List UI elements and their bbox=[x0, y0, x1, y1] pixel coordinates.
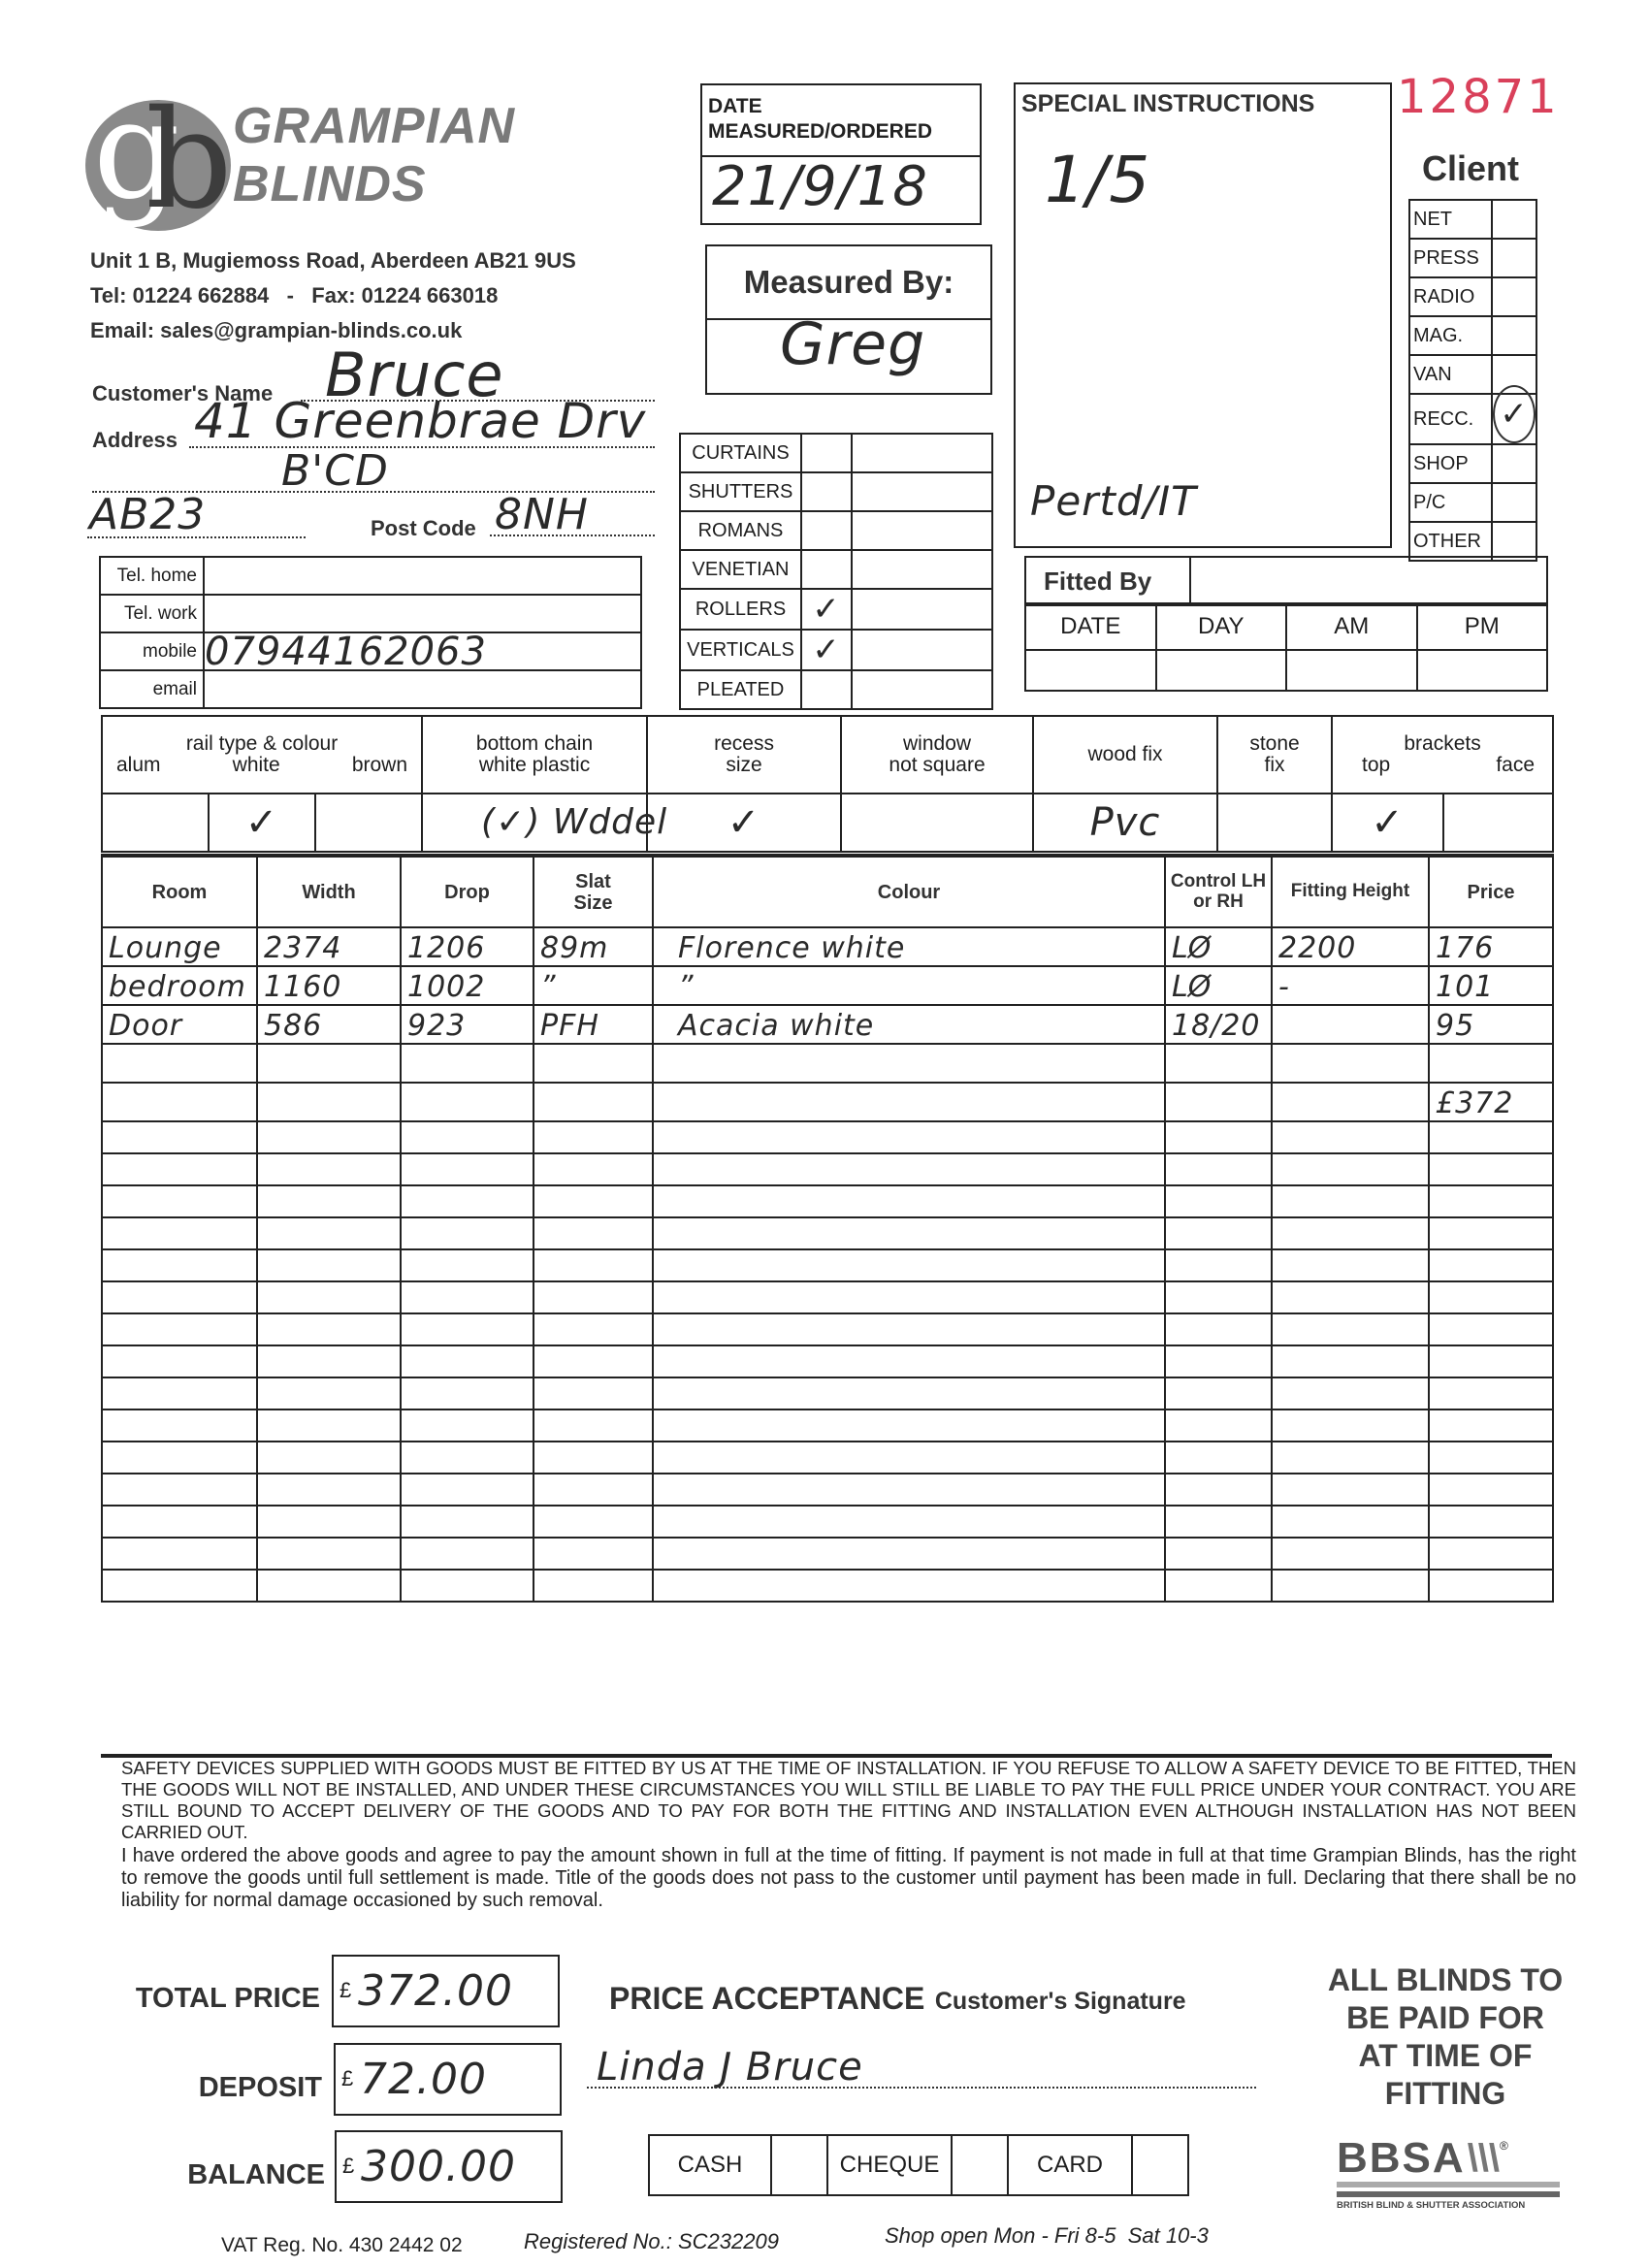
control-cell[interactable] bbox=[1165, 1506, 1272, 1538]
postcode-field[interactable]: 8NH bbox=[495, 490, 589, 539]
control-cell[interactable] bbox=[1165, 1442, 1272, 1474]
payment-cash-checkbox[interactable] bbox=[771, 2135, 827, 2195]
product-label: VENETIAN bbox=[680, 550, 801, 589]
product-checkbox-rollers[interactable]: ✓ bbox=[801, 589, 852, 630]
table-row: bedroom11601002””LØ-101 bbox=[102, 966, 1553, 1005]
fitting-height-cell[interactable] bbox=[1272, 1217, 1429, 1249]
price-cell[interactable]: £372 bbox=[1429, 1083, 1553, 1121]
width-cell[interactable] bbox=[257, 1044, 401, 1083]
fitting-height-cell[interactable] bbox=[1272, 1570, 1429, 1602]
control-cell[interactable] bbox=[1165, 1153, 1272, 1185]
colour-cell[interactable]: Acacia white bbox=[653, 1005, 1165, 1044]
width-cell[interactable] bbox=[257, 1345, 401, 1377]
deposit-field[interactable]: 72.00 bbox=[360, 2055, 487, 2104]
client-row: NET bbox=[1409, 200, 1536, 239]
client-checkbox-recc[interactable]: ✓ bbox=[1492, 394, 1536, 444]
room-cell[interactable] bbox=[102, 1570, 257, 1602]
window-header-line1: window bbox=[842, 733, 1032, 755]
room-cell[interactable] bbox=[102, 1409, 257, 1442]
slat-size-cell[interactable] bbox=[533, 1153, 653, 1185]
table-row bbox=[102, 1044, 1553, 1083]
slat-size-cell[interactable] bbox=[533, 1217, 653, 1249]
room-cell[interactable] bbox=[102, 1377, 257, 1409]
price-cell[interactable] bbox=[1429, 1313, 1553, 1345]
price-cell[interactable] bbox=[1429, 1121, 1553, 1153]
price-cell[interactable]: 95 bbox=[1429, 1005, 1553, 1044]
client-checkbox-other[interactable] bbox=[1492, 522, 1536, 561]
width-cell[interactable] bbox=[257, 1249, 401, 1281]
drop-cell[interactable]: 923 bbox=[401, 1005, 533, 1044]
colour-cell[interactable] bbox=[653, 1281, 1165, 1313]
fitting-height-cell[interactable] bbox=[1272, 1313, 1429, 1345]
col-fitting-height: Fitting Height bbox=[1272, 856, 1429, 927]
product-notes[interactable] bbox=[852, 670, 992, 709]
contact-table: Tel. home Tel. work mobile 07944162063 e… bbox=[99, 556, 642, 709]
colour-cell[interactable] bbox=[653, 1538, 1165, 1570]
price-cell[interactable] bbox=[1429, 1153, 1553, 1185]
room-cell[interactable]: bedroom bbox=[102, 966, 257, 1005]
product-checkbox-venetian[interactable] bbox=[801, 550, 852, 589]
fitted-col-am: AM bbox=[1286, 603, 1417, 650]
table-row bbox=[102, 1281, 1553, 1313]
address-field-1[interactable]: 41 Greenbrae Drv bbox=[194, 393, 646, 449]
mobile-field[interactable]: 07944162063 bbox=[204, 632, 641, 670]
product-notes[interactable] bbox=[852, 550, 992, 589]
address-field-2[interactable]: B'CD bbox=[281, 446, 389, 496]
drop-cell[interactable] bbox=[401, 1313, 533, 1345]
width-cell[interactable] bbox=[257, 1409, 401, 1442]
special-instructions-box: SPECIAL INSTRUCTIONS 1/5 Pertd/IT bbox=[1014, 82, 1392, 548]
col-control: Control LH or RH bbox=[1165, 856, 1272, 927]
slat-size-cell[interactable] bbox=[533, 1474, 653, 1506]
colour-cell[interactable] bbox=[653, 1506, 1165, 1538]
slat-size-cell[interactable] bbox=[533, 1570, 653, 1602]
date-label-line2: MEASURED/ORDERED bbox=[708, 120, 932, 144]
notice-line1: ALL BLINDS TO bbox=[1300, 1961, 1591, 1999]
client-source-table: NET PRESS RADIO MAG. VAN RECC.✓ SHOP P/C… bbox=[1408, 199, 1537, 562]
product-checkbox-curtains[interactable] bbox=[801, 434, 852, 472]
slat-size-cell[interactable] bbox=[533, 1442, 653, 1474]
logo-letter-b: b bbox=[145, 93, 233, 229]
room-cell[interactable] bbox=[102, 1083, 257, 1121]
fitted-date-field[interactable] bbox=[1025, 650, 1156, 691]
price-cell[interactable]: 176 bbox=[1429, 927, 1553, 966]
price-cell[interactable] bbox=[1429, 1217, 1553, 1249]
rail-alum-field[interactable] bbox=[102, 794, 209, 852]
slat-size-cell[interactable]: 89m bbox=[533, 927, 653, 966]
room-cell[interactable] bbox=[102, 1313, 257, 1345]
fitted-by-table: Fitted By bbox=[1024, 556, 1548, 606]
date-box: DATE MEASURED/ORDERED 21/9/18 bbox=[700, 83, 982, 225]
tel-work-field[interactable] bbox=[204, 595, 641, 632]
balance-label: BALANCE bbox=[107, 2159, 325, 2191]
control-cell[interactable] bbox=[1165, 1185, 1272, 1217]
fitting-height-cell[interactable] bbox=[1272, 1185, 1429, 1217]
col-slat-size: Slat Size bbox=[533, 856, 653, 927]
table-row: Door586923PFHAcacia white18/2095 bbox=[102, 1005, 1553, 1044]
fitting-height-cell[interactable] bbox=[1272, 1442, 1429, 1474]
client-row: RECC.✓ bbox=[1409, 394, 1536, 444]
control-cell[interactable] bbox=[1165, 1377, 1272, 1409]
contact-label: Tel. home bbox=[100, 557, 204, 595]
colour-cell[interactable] bbox=[653, 1377, 1165, 1409]
bbsa-bar-1 bbox=[1337, 2182, 1560, 2187]
price-cell[interactable] bbox=[1429, 1538, 1553, 1570]
order-header-row: Room Width Drop Slat Size Colour Control… bbox=[102, 856, 1553, 927]
drop-cell[interactable]: 1206 bbox=[401, 927, 533, 966]
slat-size-cell[interactable] bbox=[533, 1538, 653, 1570]
room-cell[interactable] bbox=[102, 1474, 257, 1506]
room-cell[interactable] bbox=[102, 1121, 257, 1153]
drop-cell[interactable] bbox=[401, 1409, 533, 1442]
room-cell[interactable] bbox=[102, 1442, 257, 1474]
product-type-table: CURTAINS SHUTTERS ROMANS VENETIAN ROLLER… bbox=[679, 433, 993, 710]
control-cell[interactable] bbox=[1165, 1313, 1272, 1345]
wood-fix-field[interactable]: Pvc bbox=[1033, 794, 1217, 852]
slat-size-cell[interactable] bbox=[533, 1121, 653, 1153]
drop-cell[interactable] bbox=[401, 1442, 533, 1474]
control-cell[interactable] bbox=[1165, 1217, 1272, 1249]
fitting-height-cell[interactable] bbox=[1272, 1005, 1429, 1044]
fitted-by-field[interactable] bbox=[1190, 557, 1547, 605]
total-price-box: £ 372.00 bbox=[332, 1955, 560, 2027]
room-cell[interactable] bbox=[102, 1506, 257, 1538]
product-label: ROLLERS bbox=[680, 589, 801, 630]
payment-cheque-checkbox[interactable] bbox=[952, 2135, 1008, 2195]
special-instructions-note-bottom[interactable]: Pertd/IT bbox=[1030, 477, 1197, 525]
drop-cell[interactable] bbox=[401, 1153, 533, 1185]
payment-cash-label: CASH bbox=[649, 2135, 771, 2195]
brackets-header: brackets bbox=[1333, 733, 1552, 755]
width-cell[interactable] bbox=[257, 1217, 401, 1249]
col-colour: Colour bbox=[653, 856, 1165, 927]
price-cell[interactable] bbox=[1429, 1185, 1553, 1217]
control-cell[interactable] bbox=[1165, 1083, 1272, 1121]
fitted-day-field[interactable] bbox=[1156, 650, 1287, 691]
control-cell[interactable] bbox=[1165, 1044, 1272, 1083]
slat-size-cell[interactable] bbox=[533, 1377, 653, 1409]
price-cell[interactable] bbox=[1429, 1044, 1553, 1083]
fitting-height-cell[interactable] bbox=[1272, 1121, 1429, 1153]
room-cell[interactable] bbox=[102, 1538, 257, 1570]
slat-size-cell[interactable] bbox=[533, 1409, 653, 1442]
client-label: NET bbox=[1409, 200, 1492, 239]
contact-label: Tel. work bbox=[100, 595, 204, 632]
table-row bbox=[102, 1185, 1553, 1217]
drop-cell[interactable] bbox=[401, 1217, 533, 1249]
contact-row-mobile: mobile 07944162063 bbox=[100, 632, 641, 670]
table-row bbox=[102, 1538, 1553, 1570]
table-row: Lounge2374120689mFlorence whiteLØ2200176 bbox=[102, 927, 1553, 966]
colour-cell[interactable]: Florence white bbox=[653, 927, 1165, 966]
width-cell[interactable]: 586 bbox=[257, 1005, 401, 1044]
company-address: Unit 1 B, Mugiemoss Road, Aberdeen AB21 … bbox=[90, 248, 576, 274]
postcode-label: Post Code bbox=[371, 516, 476, 541]
drop-cell[interactable] bbox=[401, 1570, 533, 1602]
price-cell[interactable] bbox=[1429, 1345, 1553, 1377]
width-cell[interactable] bbox=[257, 1313, 401, 1345]
control-cell[interactable]: LØ bbox=[1165, 966, 1272, 1005]
slat-size-cell[interactable] bbox=[533, 1281, 653, 1313]
slat-size-cell[interactable] bbox=[533, 1249, 653, 1281]
product-label: PLEATED bbox=[680, 670, 801, 709]
product-row: CURTAINS bbox=[680, 434, 992, 472]
total-price-field[interactable]: 372.00 bbox=[358, 1966, 513, 2016]
product-row: ROMANS bbox=[680, 511, 992, 550]
client-row: OTHER bbox=[1409, 522, 1536, 561]
table-row bbox=[102, 1313, 1553, 1345]
colour-cell[interactable] bbox=[653, 1044, 1165, 1083]
chain-field[interactable]: (✓) Wddel bbox=[422, 794, 647, 852]
payment-notice: ALL BLINDS TO BE PAID FOR AT TIME OF FIT… bbox=[1300, 1961, 1591, 2113]
room-cell[interactable] bbox=[102, 1217, 257, 1249]
price-cell[interactable]: 101 bbox=[1429, 966, 1553, 1005]
colour-cell[interactable] bbox=[653, 1345, 1165, 1377]
drop-cell[interactable] bbox=[401, 1281, 533, 1313]
room-cell[interactable] bbox=[102, 1345, 257, 1377]
width-cell[interactable] bbox=[257, 1506, 401, 1538]
balance-field[interactable]: 300.00 bbox=[361, 2142, 516, 2191]
colour-cell[interactable] bbox=[653, 1121, 1165, 1153]
client-checkbox-mag[interactable] bbox=[1492, 316, 1536, 355]
width-cell[interactable]: 1160 bbox=[257, 966, 401, 1005]
client-checkbox-net[interactable] bbox=[1492, 200, 1536, 239]
fitting-height-cell[interactable] bbox=[1272, 1249, 1429, 1281]
contact-label: email bbox=[100, 670, 204, 708]
fitting-height-cell[interactable] bbox=[1272, 1409, 1429, 1442]
control-cell[interactable] bbox=[1165, 1121, 1272, 1153]
special-instructions-note-top[interactable]: 1/5 bbox=[1045, 143, 1150, 217]
room-cell[interactable] bbox=[102, 1044, 257, 1083]
colour-cell[interactable] bbox=[653, 1217, 1165, 1249]
product-notes[interactable] bbox=[852, 511, 992, 550]
brackets-face-field[interactable] bbox=[1443, 794, 1553, 852]
safety-terms: SAFETY DEVICES SUPPLIED WITH GOODS MUST … bbox=[121, 1758, 1576, 1843]
window-not-square-field[interactable] bbox=[841, 794, 1033, 852]
fitted-col-pm: PM bbox=[1417, 603, 1548, 650]
fitting-height-cell[interactable] bbox=[1272, 1377, 1429, 1409]
width-cell[interactable] bbox=[257, 1570, 401, 1602]
width-cell[interactable] bbox=[257, 1281, 401, 1313]
price-cell[interactable] bbox=[1429, 1249, 1553, 1281]
rail-brown-field[interactable] bbox=[315, 794, 422, 852]
slat-size-cell[interactable] bbox=[533, 1313, 653, 1345]
fitting-height-cell[interactable] bbox=[1272, 1083, 1429, 1121]
price-cell[interactable] bbox=[1429, 1570, 1553, 1602]
fitted-am-field[interactable] bbox=[1286, 650, 1417, 691]
product-notes[interactable] bbox=[852, 472, 992, 511]
width-cell[interactable]: 2374 bbox=[257, 927, 401, 966]
drop-cell[interactable] bbox=[401, 1044, 533, 1083]
measured-by-field[interactable]: Greg bbox=[780, 310, 925, 378]
client-row: SHOP bbox=[1409, 444, 1536, 483]
width-cell[interactable] bbox=[257, 1442, 401, 1474]
colour-cell[interactable] bbox=[653, 1249, 1165, 1281]
client-checkbox-press[interactable] bbox=[1492, 239, 1536, 277]
client-checkbox-shop[interactable] bbox=[1492, 444, 1536, 483]
chain-header-line2: white plastic bbox=[423, 755, 646, 776]
client-label: P/C bbox=[1409, 483, 1492, 522]
slat-size-cell[interactable]: ” bbox=[533, 966, 653, 1005]
measured-by-box: Measured By: Greg bbox=[705, 244, 992, 395]
colour-cell[interactable] bbox=[653, 1409, 1165, 1442]
slat-size-cell[interactable] bbox=[533, 1185, 653, 1217]
colour-cell[interactable] bbox=[653, 1185, 1165, 1217]
fitted-schedule-table: DATE DAY AM PM bbox=[1024, 602, 1548, 692]
width-cell[interactable] bbox=[257, 1377, 401, 1409]
client-checkbox-pc[interactable] bbox=[1492, 483, 1536, 522]
col-price: Price bbox=[1429, 856, 1553, 927]
control-cell[interactable] bbox=[1165, 1249, 1272, 1281]
product-row: PLEATED bbox=[680, 670, 992, 709]
colour-cell[interactable] bbox=[653, 1474, 1165, 1506]
control-cell[interactable] bbox=[1165, 1409, 1272, 1442]
drop-cell[interactable]: 1002 bbox=[401, 966, 533, 1005]
product-checkbox-shutters[interactable] bbox=[801, 472, 852, 511]
fitting-height-cell[interactable] bbox=[1272, 1506, 1429, 1538]
client-row: P/C bbox=[1409, 483, 1536, 522]
contact-row-home: Tel. home bbox=[100, 557, 641, 595]
drop-cell[interactable] bbox=[401, 1377, 533, 1409]
product-label: ROMANS bbox=[680, 511, 801, 550]
control-cell[interactable] bbox=[1165, 1570, 1272, 1602]
product-notes[interactable] bbox=[852, 434, 992, 472]
price-cell[interactable] bbox=[1429, 1281, 1553, 1313]
stone-fix-field[interactable] bbox=[1217, 794, 1332, 852]
price-cell[interactable] bbox=[1429, 1506, 1553, 1538]
date-field[interactable]: 21/9/18 bbox=[712, 155, 928, 218]
measured-by-label: Measured By: bbox=[707, 264, 990, 301]
width-cell[interactable] bbox=[257, 1474, 401, 1506]
notice-line4: FITTING bbox=[1300, 2075, 1591, 2113]
drop-cell[interactable] bbox=[401, 1121, 533, 1153]
control-cell[interactable] bbox=[1165, 1281, 1272, 1313]
payment-method-table: CASH CHEQUE CARD bbox=[648, 2134, 1189, 2196]
fitting-height-cell[interactable] bbox=[1272, 1345, 1429, 1377]
product-checkbox-romans[interactable] bbox=[801, 511, 852, 550]
table-row bbox=[102, 1153, 1553, 1185]
fitting-height-cell[interactable] bbox=[1272, 1281, 1429, 1313]
product-notes[interactable] bbox=[852, 630, 992, 670]
bbsa-logo: BBSA \\\ ® BRITISH BLIND & SHUTTER ASSOC… bbox=[1337, 2139, 1560, 2211]
product-row: ROLLERS✓ bbox=[680, 589, 992, 630]
price-cell[interactable] bbox=[1429, 1409, 1553, 1442]
rail-white-field[interactable]: ✓ bbox=[209, 794, 315, 852]
fitting-height-cell[interactable] bbox=[1272, 1538, 1429, 1570]
room-cell[interactable] bbox=[102, 1249, 257, 1281]
payment-row: CASH CHEQUE CARD bbox=[649, 2135, 1188, 2195]
slat-size-cell[interactable] bbox=[533, 1083, 653, 1121]
slat-size-cell[interactable] bbox=[533, 1345, 653, 1377]
chain-header-cell: bottom chainwhite plastic bbox=[422, 716, 647, 794]
drop-cell[interactable] bbox=[401, 1345, 533, 1377]
control-cell[interactable] bbox=[1165, 1474, 1272, 1506]
product-checkbox-pleated[interactable] bbox=[801, 670, 852, 709]
slat-size-cell[interactable] bbox=[533, 1506, 653, 1538]
signature-field[interactable]: Linda J Bruce bbox=[597, 2045, 863, 2090]
payment-card-checkbox[interactable] bbox=[1132, 2135, 1188, 2195]
width-cell[interactable] bbox=[257, 1153, 401, 1185]
vat-number: VAT Reg. No. 430 2442 02 bbox=[221, 2234, 463, 2257]
table-row bbox=[102, 1442, 1553, 1474]
colour-cell[interactable] bbox=[653, 1313, 1165, 1345]
drop-cell[interactable] bbox=[401, 1083, 533, 1121]
price-cell[interactable] bbox=[1429, 1377, 1553, 1409]
fitted-by-label: Fitted By bbox=[1025, 557, 1190, 605]
product-label: SHUTTERS bbox=[680, 472, 801, 511]
drop-cell[interactable] bbox=[401, 1506, 533, 1538]
control-cell[interactable] bbox=[1165, 1538, 1272, 1570]
colour-cell[interactable] bbox=[653, 1083, 1165, 1121]
notice-line2: BE PAID FOR bbox=[1300, 1999, 1591, 2037]
product-notes[interactable] bbox=[852, 589, 992, 630]
price-cell[interactable] bbox=[1429, 1474, 1553, 1506]
recess-field[interactable]: ✓ bbox=[647, 794, 841, 852]
room-cell[interactable] bbox=[102, 1281, 257, 1313]
room-cell[interactable] bbox=[102, 1185, 257, 1217]
slat-size-cell[interactable] bbox=[533, 1044, 653, 1083]
rail-white-label: white bbox=[233, 755, 280, 776]
room-cell[interactable] bbox=[102, 1153, 257, 1185]
room-cell[interactable]: Lounge bbox=[102, 927, 257, 966]
fitting-height-cell[interactable]: - bbox=[1272, 966, 1429, 1005]
drop-cell[interactable] bbox=[401, 1185, 533, 1217]
company-name-line1: GRAMPIAN bbox=[233, 97, 515, 155]
width-cell[interactable] bbox=[257, 1083, 401, 1121]
colour-cell[interactable] bbox=[653, 1442, 1165, 1474]
fitting-height-cell[interactable] bbox=[1272, 1153, 1429, 1185]
client-checkbox-radio[interactable] bbox=[1492, 277, 1536, 316]
product-row: VENETIAN bbox=[680, 550, 992, 589]
fitted-schedule-header: DATE DAY AM PM bbox=[1025, 603, 1547, 650]
price-cell[interactable] bbox=[1429, 1442, 1553, 1474]
address-field-3[interactable]: AB23 bbox=[89, 490, 206, 539]
fitting-height-cell[interactable]: 2200 bbox=[1272, 927, 1429, 966]
fitted-pm-field[interactable] bbox=[1417, 650, 1548, 691]
tel-home-field[interactable] bbox=[204, 557, 641, 595]
colour-cell[interactable]: ” bbox=[653, 966, 1165, 1005]
brackets-face-label: face bbox=[1496, 755, 1535, 776]
drop-cell[interactable] bbox=[401, 1474, 533, 1506]
client-label: SHOP bbox=[1409, 444, 1492, 483]
drop-cell[interactable] bbox=[401, 1249, 533, 1281]
control-cell[interactable] bbox=[1165, 1345, 1272, 1377]
fitting-height-cell[interactable] bbox=[1272, 1044, 1429, 1083]
client-label: RADIO bbox=[1409, 277, 1492, 316]
colour-cell[interactable] bbox=[653, 1153, 1165, 1185]
fitting-height-cell[interactable] bbox=[1272, 1474, 1429, 1506]
colour-cell[interactable] bbox=[653, 1570, 1165, 1602]
order-body: Lounge2374120689mFlorence whiteLØ2200176… bbox=[102, 927, 1553, 1602]
control-cell[interactable]: 18/20 bbox=[1165, 1005, 1272, 1044]
rail-brown-label: brown bbox=[352, 755, 407, 776]
control-cell[interactable]: LØ bbox=[1165, 927, 1272, 966]
width-cell[interactable] bbox=[257, 1538, 401, 1570]
client-label: MAG. bbox=[1409, 316, 1492, 355]
width-cell[interactable] bbox=[257, 1185, 401, 1217]
payment-card-label: CARD bbox=[1008, 2135, 1132, 2195]
email-field[interactable] bbox=[204, 670, 641, 708]
bbsa-tagline: BRITISH BLIND & SHUTTER ASSOCIATION bbox=[1337, 2200, 1560, 2211]
room-cell[interactable]: Door bbox=[102, 1005, 257, 1044]
brackets-top-field[interactable]: ✓ bbox=[1332, 794, 1443, 852]
col-drop: Drop bbox=[401, 856, 533, 927]
width-cell[interactable] bbox=[257, 1121, 401, 1153]
contact-row-work: Tel. work bbox=[100, 595, 641, 632]
slat-size-cell[interactable]: PFH bbox=[533, 1005, 653, 1044]
product-checkbox-verticals[interactable]: ✓ bbox=[801, 630, 852, 670]
drop-cell[interactable] bbox=[401, 1538, 533, 1570]
